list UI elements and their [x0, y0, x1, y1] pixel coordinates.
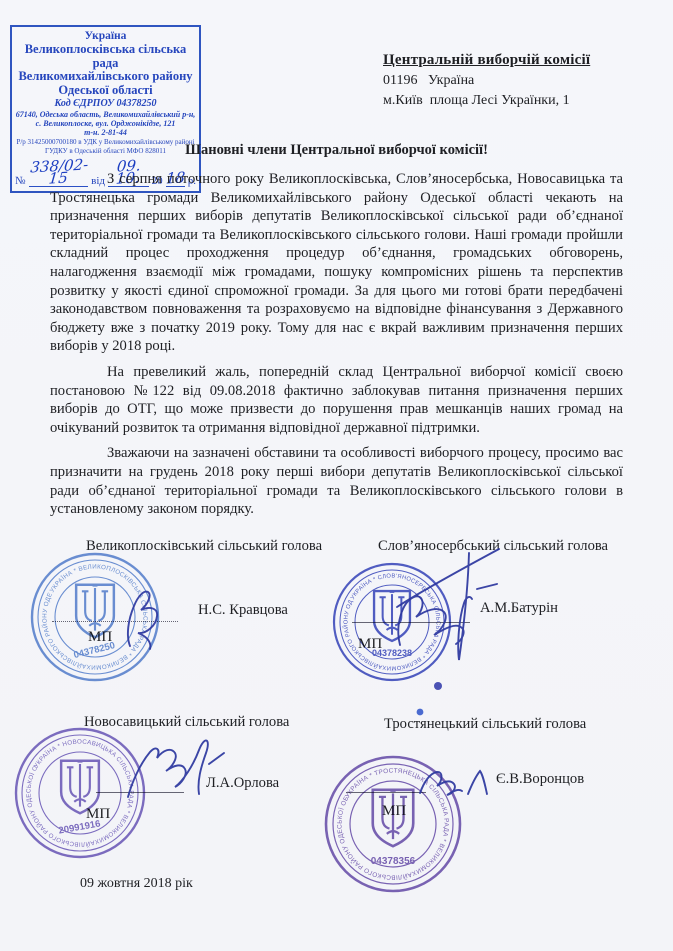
- salutation: Шановні члени Центральної виборчої коміс…: [50, 142, 623, 159]
- mp-label-4: МП: [382, 803, 406, 820]
- signatory-name-2: А.М.Батурін: [480, 600, 558, 617]
- recipient-block: Центральній виборчій комісії 01196 Украї…: [383, 52, 653, 109]
- letterhead-edrpou: Код ЄДРПОУ 04378250: [14, 98, 197, 110]
- letterhead-stamp-box: Україна Великоплосківська сільська рада …: [10, 25, 201, 193]
- letterhead-org-name: Великоплосківська сільська рада: [14, 43, 197, 70]
- signatory-name-3: Л.А.Орлова: [206, 775, 279, 792]
- body-paragraph-2: На превеликий жаль, попередній склад Цен…: [50, 363, 623, 437]
- mp-label-3: МП: [86, 806, 110, 823]
- signatory-name-4: Є.В.Воронцов: [496, 771, 584, 788]
- letter-date: 09 жовтня 2018 рік: [80, 876, 193, 892]
- signatory-title-3: Новосавицький сільський голова: [84, 714, 289, 731]
- signature-line-4: [346, 792, 426, 793]
- letter-body: З серпня поточного року Великоплосківськ…: [50, 170, 623, 526]
- signature-line-1: [52, 621, 178, 622]
- recipient-address: м.Київ площа Лесі Українки, 1: [383, 93, 653, 109]
- recipient-postal: 01196 Україна: [383, 73, 653, 89]
- body-paragraph-1: З серпня поточного року Великоплосківськ…: [50, 170, 623, 356]
- signature-vorontsov: [420, 771, 487, 795]
- ink-dot: [417, 709, 424, 716]
- signature-line-3: [96, 792, 184, 793]
- letterhead-district: Великомихайлівського району: [14, 70, 197, 84]
- body-paragraph-3: Зважаючи на зазначені обставини та особл…: [50, 444, 623, 518]
- ref-no-label: №: [15, 175, 26, 187]
- signatory-title-1: Великоплосківський сільський голова: [86, 538, 322, 555]
- scanned-letter-page: Україна Великоплосківська сільська рада …: [0, 0, 673, 951]
- signature-line-2: [352, 622, 470, 623]
- letterhead-address-2: с. Великоплоске, вул. Орджонікідзе, 121: [14, 119, 197, 128]
- signatory-name-1: Н.С. Кравцова: [198, 602, 288, 619]
- trident-coat-of-arms-icon: [374, 591, 410, 641]
- letterhead-phone: т-н. 2-81-44: [14, 128, 197, 137]
- mp-label-2: МП: [358, 636, 382, 653]
- signatory-title-4: Тростянецький сільський голова: [384, 716, 586, 733]
- signatory-title-2: Слов’яносербський сільський голова: [378, 538, 608, 555]
- mp-label-1: МП: [88, 629, 112, 646]
- recipient-title: Центральній виборчій комісії: [383, 52, 653, 69]
- letterhead-address-1: 67140, Одеська область, Великомихайлівсь…: [14, 110, 197, 119]
- ink-dot: [434, 682, 442, 690]
- stamp-number-4: 04378356: [371, 856, 416, 867]
- letterhead-oblast: Одеської області: [14, 84, 197, 98]
